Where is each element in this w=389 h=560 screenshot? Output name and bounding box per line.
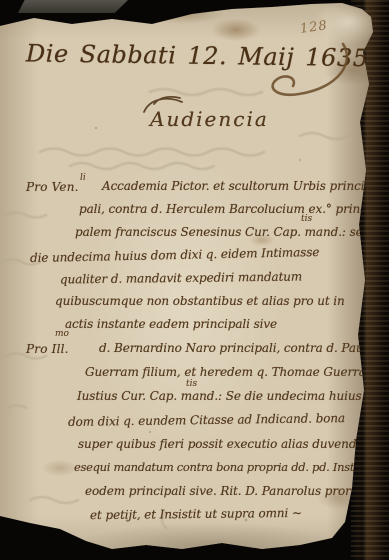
abbreviation-superscript: tis bbox=[186, 379, 197, 389]
manuscript-line: Accademia Pictor. et scultorum Urbis pri… bbox=[102, 179, 368, 193]
manuscript-line: Iustius Cur. Cap. mand.: Se die undecima… bbox=[77, 389, 362, 403]
flourish-swash bbox=[255, 40, 355, 110]
manuscript-line: esequi mandatum contra bona propria dd. … bbox=[74, 460, 379, 474]
manuscript-line: die undecima huius dom dixi q. eidem Int… bbox=[30, 245, 320, 265]
backdrop-wedge bbox=[18, 0, 128, 13]
margin-label: Pro Ill. bbox=[26, 342, 69, 356]
folio-number: 128 bbox=[299, 18, 329, 37]
manuscript-line: super quibus fieri possit executio alias… bbox=[78, 437, 360, 451]
manuscript-line: et petijt, et Insistit ut supra omni ~ bbox=[90, 506, 302, 522]
manuscript-page: 128 Die Sabbati 12. Maij 1635 ~ Audienci… bbox=[0, 0, 389, 560]
manuscript-line: qualiter d. mandavit expediri mandatum bbox=[60, 270, 302, 287]
margin-label: Pro Ven. bbox=[26, 180, 79, 194]
manuscript-line: d. Bernardino Naro principali, contra d.… bbox=[99, 341, 386, 355]
heading-capital-flourish bbox=[140, 94, 186, 116]
margin-superscript: mo bbox=[55, 329, 69, 339]
margin-superscript: li bbox=[80, 173, 86, 183]
manuscript-line: palem franciscus Senesinus Cur. Cap. man… bbox=[75, 225, 363, 239]
manuscript-line: actis instante eadem principali sive bbox=[65, 317, 277, 331]
manuscript-line: pali, contra d. Herculem Barcolucium ex.… bbox=[79, 202, 374, 216]
manuscript-line: dom dixi q. eundem Citasse ad Indicand. … bbox=[68, 411, 345, 429]
handwriting-layer: 128 Die Sabbati 12. Maij 1635 ~ Audienci… bbox=[0, 0, 389, 560]
manuscript-line: eodem principali sive. Rit. D. Panarolus… bbox=[85, 484, 353, 498]
manuscript-line: Guerram filium, et heredem q. Thomae Gue… bbox=[85, 365, 373, 379]
manuscript-line: quibuscumque non obstantibus et alias pr… bbox=[55, 294, 345, 308]
